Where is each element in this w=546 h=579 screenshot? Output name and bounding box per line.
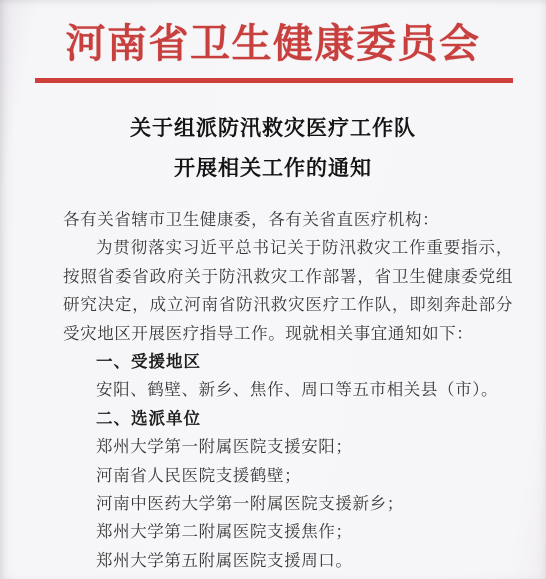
agency-title: 河南省卫生健康委员会 xyxy=(0,20,546,68)
dispatch-unit-item: 郑州大学第二附属医院支援焦作； xyxy=(63,518,513,546)
document-title-line2: 开展相关工作的通知 xyxy=(0,148,546,188)
document-title-line1: 关于组派防汛救灾医疗工作队 xyxy=(0,108,546,148)
letterhead: 河南省卫生健康委员会 xyxy=(0,20,546,68)
intro-paragraph: 为贯彻落实习近平总书记关于防汛救灾工作重要指示，按照省委省政府关于防汛救灾工作部… xyxy=(63,234,513,348)
section-heading-aided-areas: 一、受援地区 xyxy=(63,348,513,376)
dispatch-unit-item: 河南中医药大学第一附属医院支援新乡； xyxy=(63,490,513,518)
dispatch-unit-item: 郑州大学第一附属医院支援安阳； xyxy=(63,433,513,461)
salutation: 各有关省辖市卫生健康委，各有关省直医疗机构： xyxy=(63,206,513,234)
document-title: 关于组派防汛救灾医疗工作队 开展相关工作的通知 xyxy=(0,108,546,188)
dispatch-unit-item: 郑州大学第五附属医院支援周口。 xyxy=(63,547,513,575)
aided-areas-content: 安阳、鹤壁、新乡、焦作、周口等五市相关县（市）。 xyxy=(63,376,513,404)
document-body: 各有关省辖市卫生健康委，各有关省直医疗机构： 为贯彻落实习近平总书记关于防汛救灾… xyxy=(63,206,513,575)
dispatch-unit-item: 河南省人民医院支援鹤壁； xyxy=(63,462,513,490)
letterhead-divider-rule xyxy=(35,78,513,83)
section-heading-dispatch-units: 二、选派单位 xyxy=(63,405,513,433)
